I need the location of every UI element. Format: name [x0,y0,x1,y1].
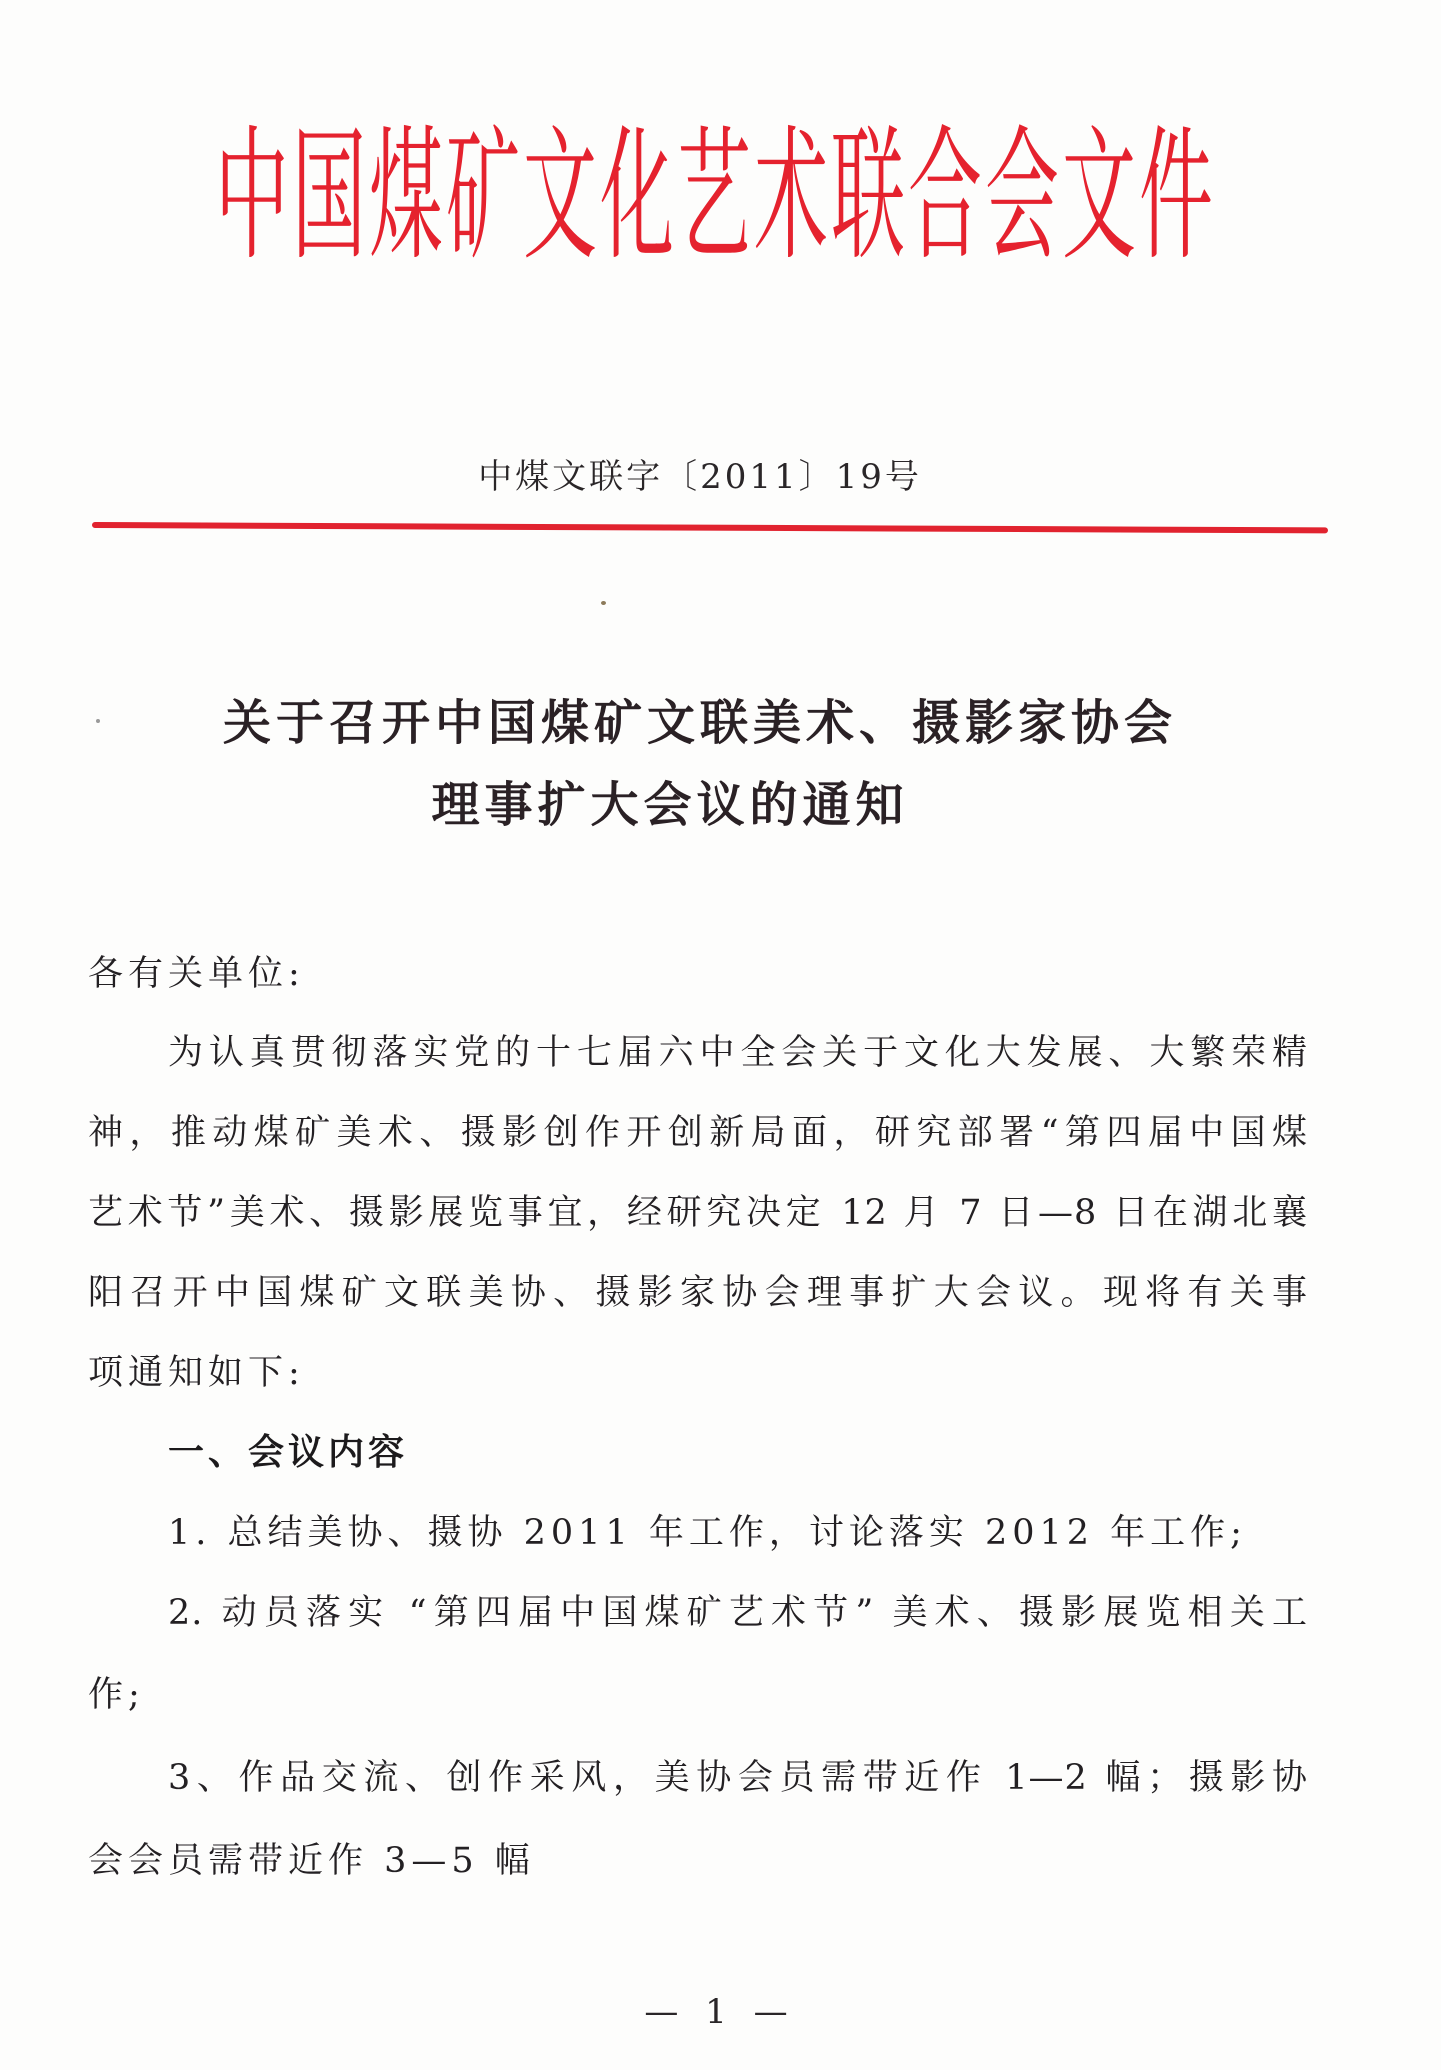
list-item-3-continued: 会会员需带近作 3—5 幅 [88,1839,1308,1883]
masthead-char: 术 [753,125,829,269]
red-divider-line [92,522,1328,533]
paragraph-line: 艺术节”美术、摄影展览事宜，经研究决定 12 月 7 日—8 日在湖北襄 [88,1191,1308,1235]
masthead-char: 煤 [368,125,444,269]
list-item-3: 3、作品交流、创作采风，美协会员需带近作 1—2 幅；摄影协 [168,1756,1308,1800]
masthead-char: 联 [830,125,906,269]
masthead-char: 会 [984,125,1060,269]
list-item-2: 2. 动员落实 “第四届中国煤矿艺术节” 美术、摄影展览相关工 [168,1591,1308,1635]
masthead-char: 化 [599,125,675,269]
page-number: — 1 — [620,1990,820,2034]
masthead-char: 文 [522,125,598,269]
document-number: 中煤文联字〔2011〕19号 [440,455,960,499]
masthead-char: 艺 [676,125,752,269]
masthead-char: 国 [291,125,367,269]
salutation: 各有关单位: [88,952,1308,996]
list-item-2-continued: 作; [88,1673,1308,1717]
paragraph-line: 项通知如下: [88,1351,1308,1395]
masthead-char: 中 [214,125,290,269]
paragraph-line: 阳召开中国煤矿文联美协、摄影家协会理事扩大会议。现将有关事 [88,1271,1308,1315]
list-item-1: 1. 总结美协、摄协 2011 年工作，讨论落实 2012 年工作; [168,1511,1308,1555]
section-heading: 一、会议内容 [168,1431,408,1475]
masthead-char: 合 [907,125,983,269]
notice-title-line-1: 关于召开中国煤矿文联美术、摄影家协会 [140,693,1260,753]
notice-title-line-2: 理事扩大会议的通知 [110,775,1230,835]
document-page: 中 国 煤 矿 文 化 艺 术 联 合 会 文 件 中煤文联字〔2011〕19号… [0,0,1441,2070]
masthead-char: 件 [1138,125,1214,269]
scan-speck [601,601,606,605]
masthead-char: 文 [1061,125,1137,269]
scan-speck [96,719,100,723]
paragraph-line: 神，推动煤矿美术、摄影创作开创新局面，研究部署“第四届中国煤 [88,1111,1308,1155]
masthead-char: 矿 [445,125,521,269]
paragraph-line: 为认真贯彻落实党的十七届六中全会关于文化大发展、大繁荣精 [168,1031,1308,1075]
masthead-title: 中 国 煤 矿 文 化 艺 术 联 合 会 文 件 [214,122,1214,272]
